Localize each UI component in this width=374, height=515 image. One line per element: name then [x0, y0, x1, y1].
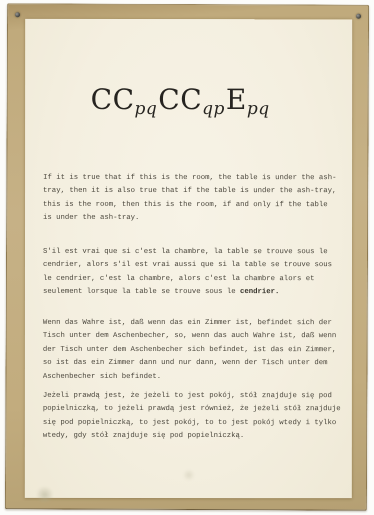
typewritten-line: le cendrier, c'est la chambre, alors c'e… [43, 273, 343, 287]
title-subscript: pq [247, 99, 270, 119]
paper-sheet: CCpqCCqpEpq If it is true that if this i… [25, 19, 352, 498]
typewritten-line: S'il est vrai que si c'est la chambre, l… [43, 246, 343, 260]
title-term: CC [91, 83, 135, 116]
typewritten-line: cendrier, alors s'il est vrai aussi que … [43, 259, 343, 273]
paragraph-german: Wenn das Wahre ist, daß wenn das ein Zim… [43, 317, 343, 384]
typewritten-line: popielniczką, to jeżeli prawdą jest równ… [43, 403, 343, 417]
typewritten-line: się pod popielniczką, to jest pokój, to … [43, 417, 343, 431]
title-subscript: pq [134, 99, 157, 119]
typewritten-line: this is the room, then this is the room,… [43, 199, 343, 213]
nail-icon [356, 14, 361, 19]
title-term: CC [158, 83, 202, 116]
nail-icon [15, 12, 20, 17]
typewritten-line: der Tisch unter dem Aschenbecher sich be… [43, 344, 343, 358]
paragraph-french: S'il est vrai que si c'est la chambre, l… [43, 246, 343, 300]
paper-smudge [37, 485, 53, 505]
artwork-title: CCpqCCqpEpq [25, 83, 336, 116]
overstruck-word: cendrier. [240, 288, 279, 296]
paragraph-english: If it is true that if this is the room, … [43, 172, 343, 226]
typewritten-line: is under the ash-tray. [43, 212, 343, 226]
line-fragment: seulement lorsque la table se trouve sou… [43, 288, 240, 296]
typewritten-line: If it is true that if this is the room, … [43, 172, 343, 186]
typewritten-line: Wenn das Wahre ist, daß wenn das ein Zim… [43, 317, 343, 331]
typewritten-line: Tisch unter dem Aschenbecher, so, wenn d… [43, 330, 343, 344]
typewritten-line: so ist das ein Zimmer dann und nur dann,… [43, 357, 343, 371]
typewritten-line: Jeżeli prawdą jest, że jeżeli to jest po… [43, 390, 343, 404]
photograph-of-artwork: CCpqCCqpEpq If it is true that if this i… [0, 0, 374, 515]
typewritten-line: wtedy, gdy stół znajduje się pod popieln… [43, 430, 343, 444]
typewritten-line: Aschenbecher sich befindet. [43, 370, 343, 384]
title-term: E [226, 83, 247, 116]
frame-board: CCpqCCqpEpq If it is true that if this i… [5, 3, 369, 511]
title-subscript: qp [202, 99, 225, 119]
typewritten-line: tray, then it is also true that if the t… [43, 185, 343, 199]
paragraph-polish: Jeżeli prawdą jest, że jeżeli to jest po… [43, 390, 343, 444]
paper-smudge [183, 469, 195, 481]
typewritten-line: seulement lorsque la table se trouve sou… [43, 286, 343, 300]
